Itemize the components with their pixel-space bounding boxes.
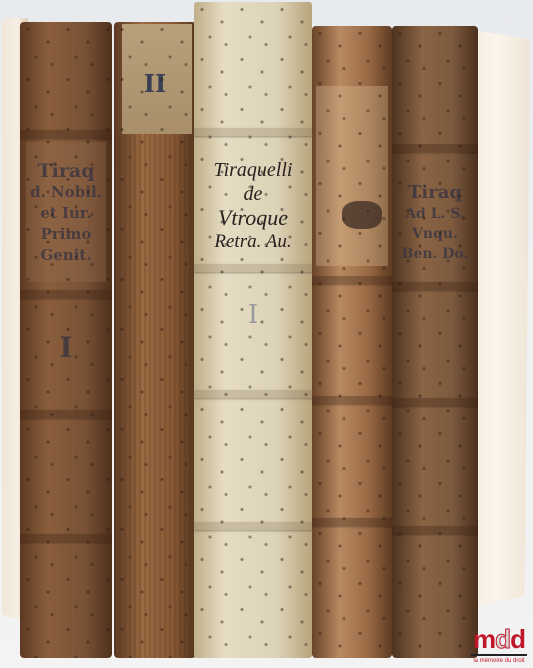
foxing-spots — [20, 22, 112, 658]
foxing-spots — [114, 22, 196, 658]
foxing-spots — [194, 2, 312, 658]
foxing-spots — [312, 26, 392, 658]
book-photograph: Tiraq d. Nobil. et Iur. Primo Genit. I I… — [0, 0, 533, 668]
logo-divider — [471, 654, 527, 656]
logo-letter: d — [510, 624, 525, 654]
logo-tagline: la mémoire du droit — [469, 658, 529, 664]
logo-letter: d — [495, 624, 510, 654]
logo-letter: m — [473, 624, 495, 654]
book-spine-4 — [312, 26, 392, 658]
book-spine-3: Tiraquelli de Vtroque Retra. Au. I — [194, 2, 312, 658]
book-spine-2: II — [114, 22, 196, 658]
foxing-spots — [392, 26, 478, 658]
logo-mark: mdd — [469, 626, 529, 652]
book-spine-5: Tiraq Ad L. S. Vnqu. Ben. Do. — [392, 26, 478, 658]
book-spine-1: Tiraq d. Nobil. et Iur. Primo Genit. I — [20, 22, 112, 658]
mdd-watermark-logo: mdd la mémoire du droit — [469, 626, 529, 664]
